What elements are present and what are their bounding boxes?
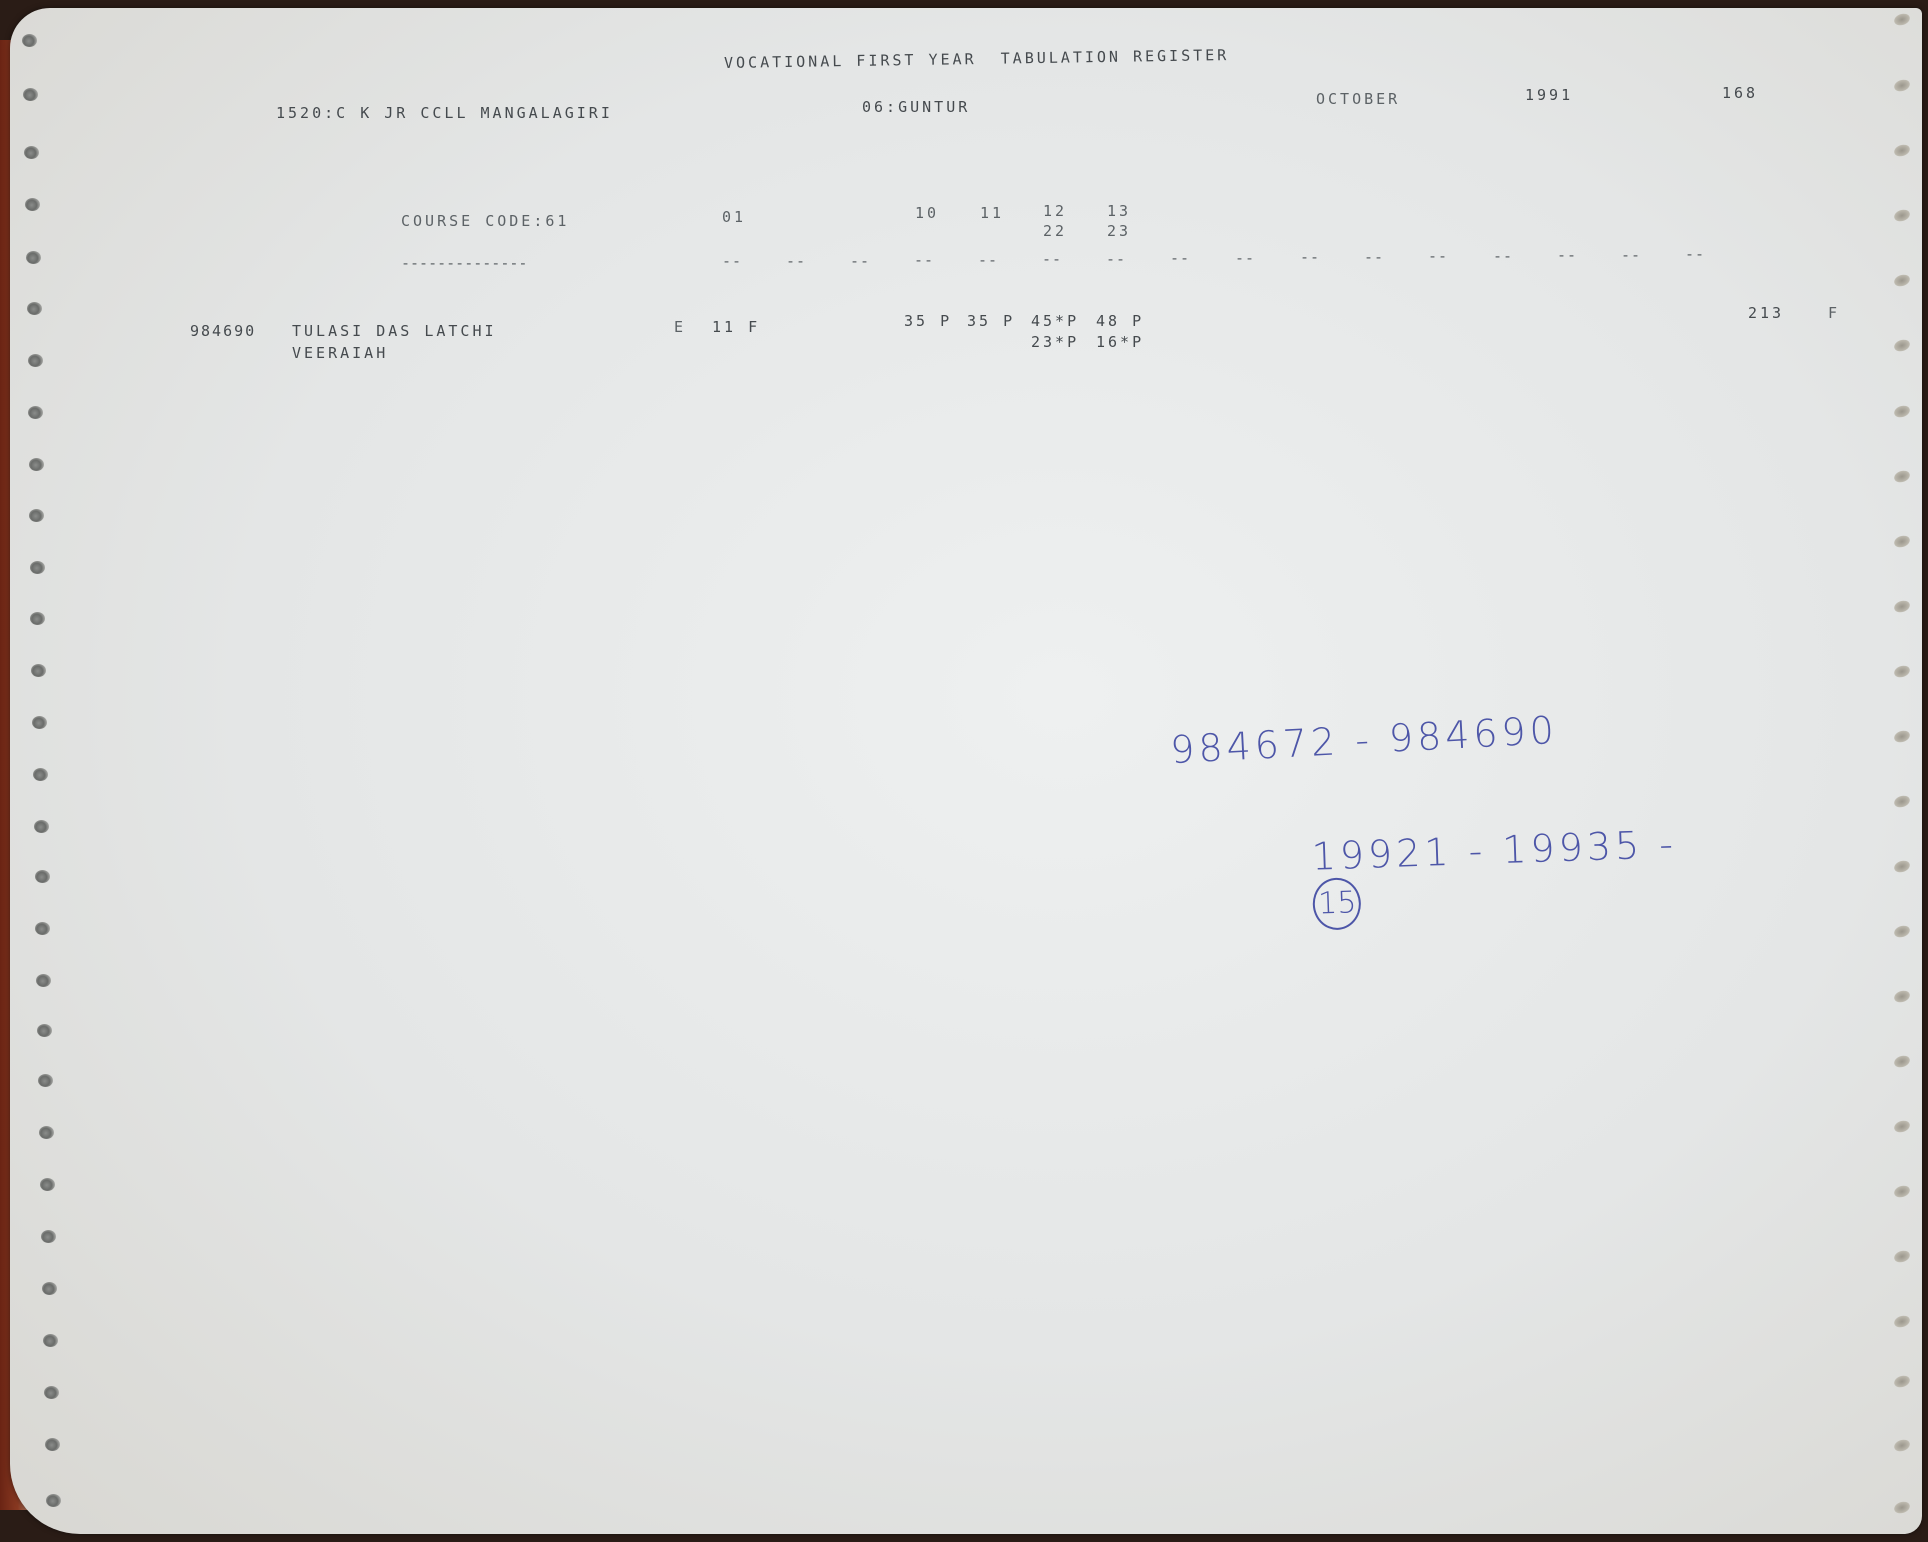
marks-subject-11: 35 P	[967, 314, 1015, 329]
feed-hole-icon	[38, 1074, 53, 1087]
feed-hole-icon	[31, 664, 46, 677]
page-number: 168	[1722, 86, 1758, 101]
feed-hole-icon	[1893, 859, 1912, 874]
subject-code: 10	[915, 206, 939, 221]
feed-hole-icon	[22, 34, 37, 47]
column-dash: --	[1235, 251, 1255, 266]
feed-hole-icon	[29, 509, 44, 522]
feed-hole-icon	[42, 1282, 57, 1295]
feed-hole-icon	[45, 1438, 60, 1451]
feed-hole-icon	[1893, 1374, 1912, 1389]
medium: E	[674, 320, 686, 335]
feed-hole-icon	[1893, 794, 1912, 809]
feed-hole-icon	[1893, 534, 1912, 549]
feed-hole-icon	[1893, 404, 1912, 419]
column-dash: --	[1428, 249, 1448, 264]
column-dash: --	[978, 253, 998, 268]
course-code-underline: --------------	[401, 256, 527, 271]
feed-hole-icon	[1893, 208, 1912, 223]
feed-hole-icon	[28, 406, 43, 419]
feed-hole-icon	[40, 1178, 55, 1191]
subject-code: 13	[1107, 204, 1131, 219]
feed-hole-icon	[35, 870, 50, 883]
exam-month: OCTOBER	[1316, 92, 1400, 107]
feed-hole-icon	[1893, 469, 1912, 484]
feed-hole-icon	[39, 1126, 54, 1139]
feed-hole-icon	[1893, 1054, 1912, 1069]
column-dash: --	[1685, 247, 1705, 262]
feed-hole-icon	[25, 198, 40, 211]
feed-hole-icon	[1893, 143, 1912, 158]
feed-hole-icon	[37, 1024, 52, 1037]
marks-subject-10: 35 P	[904, 314, 952, 329]
column-dash: --	[1106, 252, 1126, 267]
handwritten-serial-range: 19921 - 19935 -	[1311, 822, 1678, 879]
feed-hole-icon	[36, 974, 51, 987]
column-dash: --	[1364, 250, 1384, 265]
hall-ticket-number: 984690	[190, 324, 256, 339]
column-dash: --	[1621, 248, 1641, 263]
subject-code: 01	[722, 210, 746, 225]
course-code-label: COURSE CODE:61	[401, 214, 569, 229]
college-code-name: 1520:C K JR CCLL MANGALAGIRI	[276, 106, 613, 121]
feed-hole-icon	[43, 1334, 58, 1347]
feed-hole-icon	[23, 88, 38, 101]
feed-hole-icon	[34, 820, 49, 833]
feed-hole-icon	[30, 561, 45, 574]
feed-hole-icon	[29, 458, 44, 471]
marks-subject-01: 11 F	[712, 320, 760, 335]
feed-hole-icon	[32, 716, 47, 729]
column-dash: --	[1170, 251, 1190, 266]
feed-hole-icon	[1893, 664, 1912, 679]
marks-subject-22: 23*P	[1031, 335, 1079, 350]
feed-hole-icon	[24, 146, 39, 159]
marks-subject-13: 48 P	[1096, 314, 1144, 329]
feed-hole-icon	[1893, 924, 1912, 939]
feed-hole-icon	[1893, 1438, 1912, 1453]
feed-hole-icon	[1893, 1314, 1912, 1329]
feed-hole-icon	[33, 768, 48, 781]
student-name-line2: VEERAIAH	[292, 346, 388, 361]
continuous-form-paper: VOCATIONAL FIRST YEAR TABULATION REGISTE…	[10, 8, 1922, 1534]
student-name-line1: TULASI DAS LATCHI	[292, 324, 497, 339]
feed-hole-icon	[1893, 1184, 1912, 1199]
column-dash: --	[1557, 248, 1577, 263]
subject-code: 22	[1043, 224, 1067, 239]
handwritten-range-hall-tickets: 984672 - 984690	[1169, 708, 1559, 772]
feed-hole-icon	[44, 1386, 59, 1399]
column-dash: --	[914, 253, 934, 268]
column-dash: --	[1042, 252, 1062, 267]
feed-hole-icon	[35, 922, 50, 935]
district: 06:GUNTUR	[862, 100, 970, 115]
subject-code: 12	[1043, 204, 1067, 219]
column-dash: --	[1300, 250, 1320, 265]
circled-count: 15	[1312, 877, 1362, 931]
feed-hole-icon	[1893, 1119, 1912, 1134]
feed-hole-icon	[1893, 989, 1912, 1004]
result-status: F	[1828, 306, 1840, 321]
feed-hole-icon	[1893, 273, 1912, 288]
feed-hole-icon	[1893, 729, 1912, 744]
feed-hole-icon	[1893, 338, 1912, 353]
feed-hole-icon	[27, 302, 42, 315]
exam-year: 1991	[1525, 88, 1573, 103]
subject-code: 23	[1107, 224, 1131, 239]
feed-hole-icon	[1893, 78, 1912, 93]
feed-hole-icon	[1893, 12, 1912, 27]
total-marks: 213	[1748, 306, 1784, 321]
feed-hole-icon	[1893, 599, 1912, 614]
feed-hole-icon	[30, 612, 45, 625]
column-dash: --	[722, 254, 742, 269]
feed-hole-icon	[1893, 1500, 1912, 1515]
feed-hole-icon	[28, 354, 43, 367]
column-dash: --	[786, 254, 806, 269]
column-dash: --	[1493, 249, 1513, 264]
feed-hole-icon	[46, 1494, 61, 1507]
feed-hole-icon	[1893, 1249, 1912, 1264]
column-dash: --	[850, 254, 870, 269]
feed-hole-icon	[26, 251, 41, 264]
report-title: VOCATIONAL FIRST YEAR TABULATION REGISTE…	[724, 48, 1229, 71]
handwritten-range-serials: 19921 - 19935 - 15	[1213, 778, 1681, 978]
subject-code: 11	[980, 206, 1004, 221]
marks-subject-12: 45*P	[1031, 314, 1079, 329]
feed-hole-icon	[41, 1230, 56, 1243]
marks-subject-23: 16*P	[1096, 335, 1144, 350]
